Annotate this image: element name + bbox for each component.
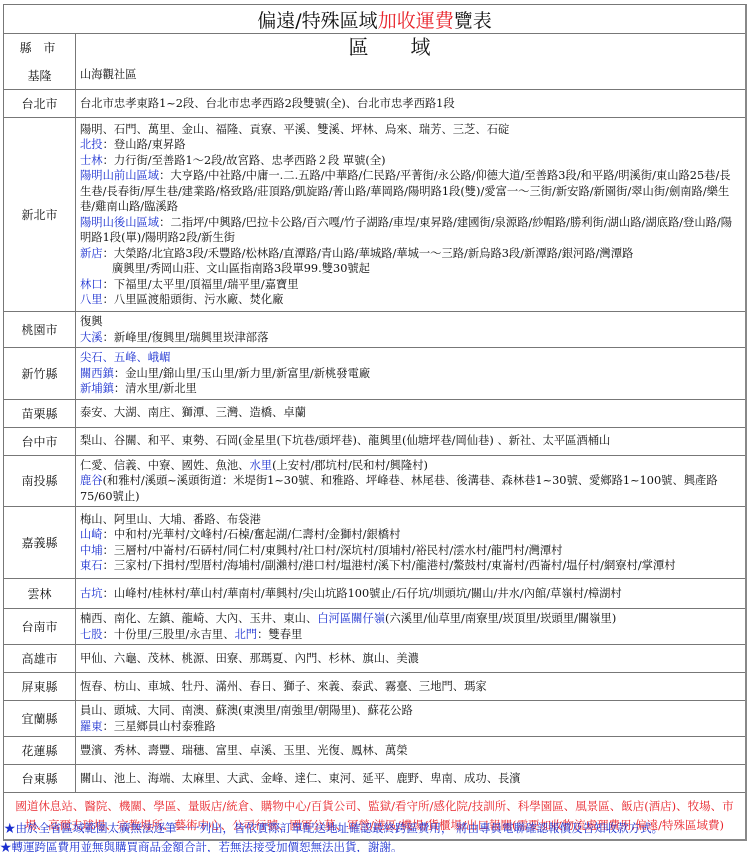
area-cell: 豐濱、秀林、壽豐、瑞穗、富里、卓溪、玉里、光復、鳳林、萬榮 xyxy=(76,737,745,764)
area-line: 仁愛、信義、中寮、國姓、魚池、水里(上安村/郡坑村/民和村/興隆村) xyxy=(80,458,741,474)
area-cell: 梅山、阿里山、大埔、番路、布袋港山崎：中和村/光華村/文峰村/石槕/奮起湖/仁壽… xyxy=(76,507,745,578)
district-text: 梅山、阿里山、大埔、番路、布袋港 xyxy=(80,513,261,526)
area-line: 陽明山前山區域：大亨路/中社路/中庸一.二.五路/中華路/仁民路/平菁街/永公路… xyxy=(80,168,741,215)
area-line: 東石：三家村/下揖村/型厝村/海埔村/副瀨村/港口村/塭港村/溪下村/龍港村/鰲… xyxy=(80,558,741,574)
city-cell: 苗栗縣 xyxy=(4,400,76,427)
area-line: 梨山、谷關、和平、東勢、石岡(金星里(下坑巷/頭坪巷)、龍興里(仙塘坪巷/岡仙巷… xyxy=(80,433,741,449)
district-label: 林口 xyxy=(80,278,103,291)
area-line: 北投：登山路/東昇路 xyxy=(80,137,741,153)
district-label: 白河區關仔嶺 xyxy=(317,612,385,625)
footnote-text: 由於全省區域範圍太廣無法逐筆一一列出，皆依實際訂單配送地址確認最終跨區費用， 將… xyxy=(16,821,664,835)
footnote-text: 轉運跨區費用並無與購買商品金額合計，若無法接受加價恕無法出貨，謝謝。 xyxy=(12,840,403,852)
area-cell: 員山、頭城、大同、南澳、蘇澳(東澳里/南強里/朝陽里)、蘇花公路羅東：三星鄉員山… xyxy=(76,701,745,736)
city-cell: 屏東縣 xyxy=(4,673,76,700)
district-text: (和雅村/溪頭~溪頭街道：米堤街1~30號、和雅路、坪峰巷、林尾巷、後溝巷、森林… xyxy=(80,474,718,503)
district-text: ：八里區渡船頭街、污水廠、焚化廠 xyxy=(103,293,284,306)
district-label: 古坑 xyxy=(80,587,103,600)
district-label: 陽明山後山區域 xyxy=(80,216,159,229)
footnote-2: ★轉運跨區費用並無與購買商品金額合計，若無法接受加價恕無法出貨，謝謝。 xyxy=(0,839,403,852)
table-row: 台南市楠西、南化、左鎮、龍崎、大內、玉井、東山、白河區關仔嶺(六溪里/仙草里/南… xyxy=(4,608,745,644)
city-cell: 雲林 xyxy=(4,579,76,608)
area-line: 豐濱、秀林、壽豐、瑞穗、富里、卓溪、玉里、光復、鳳林、萬榮 xyxy=(80,743,741,759)
title-part1: 偏遠/特殊區域 xyxy=(257,6,377,33)
area-line: 梅山、阿里山、大埔、番路、布袋港 xyxy=(80,512,741,528)
area-cell: 仁愛、信義、中寮、國姓、魚池、水里(上安村/郡坑村/民和村/興隆村)鹿谷(和雅村… xyxy=(76,456,745,507)
city-cell: 台東縣 xyxy=(4,765,76,792)
area-line: 恆春、枋山、車城、牡丹、滿州、春日、獅子、來義、泰武、霧臺、三地門、瑪家 xyxy=(80,679,741,695)
district-text: 泰安、大湖、南庄、獅潭、三灣、造橋、卓蘭 xyxy=(80,406,306,419)
district-text: ：金山里/錦山里/玉山里/新力里/新富里/新桃發電廠 xyxy=(114,367,370,380)
district-text: ：大榮路/北宜路3段/禾豐路/松林路/直潭路/青山路/華城路/華城一～三路/新烏… xyxy=(103,247,634,260)
district-text: ：山峰村/桂林村/華山村/華南村/華興村/尖山坑路100號止/石仔坑/圳頭坑/關… xyxy=(103,587,622,600)
area-line: 新店：大榮路/北宜路3段/禾豐路/松林路/直潭路/青山路/華城路/華城一～三路/… xyxy=(80,246,741,262)
city-cell: 花蓮縣 xyxy=(4,737,76,764)
area-line: 中埔：三層村/中崙村/石硦村/同仁村/東興村/社口村/深坑村/頂埔村/裕民村/澐… xyxy=(80,543,741,559)
header-row: 縣 市 區域 xyxy=(4,33,745,61)
district-label: 關西鎮 xyxy=(80,367,114,380)
district-label: 鹿谷 xyxy=(80,474,103,487)
star-icon: ★ xyxy=(0,840,12,852)
table-row: 嘉義縣梅山、阿里山、大埔、番路、布袋港山崎：中和村/光華村/文峰村/石槕/奮起湖… xyxy=(4,506,745,578)
area-line: 鹿谷(和雅村/溪頭~溪頭街道：米堤街1~30號、和雅路、坪峰巷、林尾巷、後溝巷、… xyxy=(80,473,741,504)
area-cell: 古坑：山峰村/桂林村/華山村/華南村/華興村/尖山坑路100號止/石仔坑/圳頭坑… xyxy=(76,579,745,608)
district-text: 廣興里/秀岡山莊、文山區指南路3段單99.雙30號起 xyxy=(112,262,370,275)
district-label: 山崎 xyxy=(80,528,103,541)
table-row: 宜蘭縣員山、頭城、大同、南澳、蘇澳(東澳里/南強里/朝陽里)、蘇花公路羅東：三星… xyxy=(4,700,745,736)
area-line: 甲仙、六龜、茂林、桃源、田寮、那瑪夏、內門、杉林、旗山、美濃 xyxy=(80,651,741,667)
district-label: 北投 xyxy=(80,138,103,151)
district-label: 士林 xyxy=(80,154,103,167)
district-label: 新埔鎮 xyxy=(80,382,114,395)
area-line: 尖石、五峰、峨嵋 xyxy=(80,350,741,366)
district-text: ：新峰里/復興里/瑞興里崁津部落 xyxy=(103,331,269,344)
district-label: 中埔 xyxy=(80,544,103,557)
table-row: 基隆山海觀社區 xyxy=(4,61,745,89)
area-line: 員山、頭城、大同、南澳、蘇澳(東澳里/南強里/朝陽里)、蘇花公路 xyxy=(80,703,741,719)
district-text: ：清水里/新北里 xyxy=(114,382,197,395)
area-line: 關山、池上、海端、太麻里、大武、金峰、達仁、東河、延平、鹿野、卑南、成功、長濱 xyxy=(80,771,741,787)
district-text: 仁愛、信義、中寮、國姓、魚池、 xyxy=(80,459,249,472)
city-cell: 台南市 xyxy=(4,609,76,644)
surcharge-table: 偏遠/特殊區域 加收運費 覽表 縣 市 區域 基隆山海觀社區台北市台北市忠孝東路… xyxy=(3,4,747,841)
district-text: (上安村/郡坑村/民和村/興隆村) xyxy=(272,459,428,472)
area-line: 羅東：三星鄉員山村泰雅路 xyxy=(80,719,741,735)
district-text: ：大亨路/中社路/中庸一.二.五路/中華路/仁民路/平菁街/永公路/仰德大道/至… xyxy=(80,169,731,213)
table-row: 屏東縣恆春、枋山、車城、牡丹、滿州、春日、獅子、來義、泰武、霧臺、三地門、瑪家 xyxy=(4,672,745,700)
district-text: 關山、池上、海端、太麻里、大武、金峰、達仁、東河、延平、鹿野、卑南、成功、長濱 xyxy=(80,772,521,785)
area-line: 士林：力行街/至善路1～2段/故宮路、忠孝西路２段 單號(全) xyxy=(80,153,741,169)
district-text: 恆春、枋山、車城、牡丹、滿州、春日、獅子、來義、泰武、霧臺、三地門、瑪家 xyxy=(80,680,487,693)
area-line: 山海觀社區 xyxy=(80,67,741,83)
city-cell: 嘉義縣 xyxy=(4,507,76,578)
area-line: 山崎：中和村/光華村/文峰村/石槕/奮起湖/仁壽村/金獅村/銀橋村 xyxy=(80,527,741,543)
header-city: 縣 市 xyxy=(4,34,76,61)
district-label: 東石 xyxy=(80,559,103,572)
table-row: 台北市台北市忠孝東路1~2段、台北市忠孝西路2段雙號(全)、台北市忠孝西路1段 xyxy=(4,89,745,117)
table-row: 台中市梨山、谷關、和平、東勢、石岡(金星里(下坑巷/頭坪巷)、龍興里(仙塘坪巷/… xyxy=(4,427,745,455)
area-line: 古坑：山峰村/桂林村/華山村/華南村/華興村/尖山坑路100號止/石仔坑/圳頭坑… xyxy=(80,586,741,602)
district-text: ：三層村/中崙村/石硦村/同仁村/東興村/社口村/深坑村/頂埔村/裕民村/澐水村… xyxy=(103,544,563,557)
district-text: 山海觀社區 xyxy=(80,68,137,81)
city-cell: 基隆 xyxy=(4,61,76,89)
area-line: 楠西、南化、左鎮、龍崎、大內、玉井、東山、白河區關仔嶺(六溪里/仙草里/南寮里/… xyxy=(80,611,741,627)
area-line: 台北市忠孝東路1~2段、台北市忠孝西路2段雙號(全)、台北市忠孝西路1段 xyxy=(80,96,741,112)
district-text: ：登山路/東昇路 xyxy=(103,138,186,151)
table-row: 苗栗縣泰安、大湖、南庄、獅潭、三灣、造橋、卓蘭 xyxy=(4,399,745,427)
city-cell: 新竹縣 xyxy=(4,348,76,399)
district-text: 梨山、谷關、和平、東勢、石岡(金星里(下坑巷/頭坪巷)、龍興里(仙塘坪巷/岡仙巷… xyxy=(80,434,610,447)
area-cell: 陽明、石門、萬里、金山、福隆、貢寮、平溪、雙溪、坪林、烏來、瑞芳、三芝、石碇北投… xyxy=(76,118,745,311)
table-row: 雲林古坑：山峰村/桂林村/華山村/華南村/華興村/尖山坑路100號止/石仔坑/圳… xyxy=(4,578,745,608)
district-text: ：三家村/下揖村/型厝村/海埔村/副瀨村/港口村/塭港村/溪下村/龍港村/鰲鼓村… xyxy=(103,559,676,572)
title-part3: 覽表 xyxy=(454,6,492,33)
district-text: ：下福里/太平里/頂福里/瑞平里/嘉寶里 xyxy=(103,278,299,291)
area-cell: 恆春、枋山、車城、牡丹、滿州、春日、獅子、來義、泰武、霧臺、三地門、瑪家 xyxy=(76,673,745,700)
area-line: 復興 xyxy=(80,314,741,330)
area-cell: 楠西、南化、左鎮、龍崎、大內、玉井、東山、白河區關仔嶺(六溪里/仙草里/南寮里/… xyxy=(76,609,745,644)
area-cell: 台北市忠孝東路1~2段、台北市忠孝西路2段雙號(全)、台北市忠孝西路1段 xyxy=(76,90,745,117)
city-cell: 宜蘭縣 xyxy=(4,701,76,736)
table-row: 花蓮縣豐濱、秀林、壽豐、瑞穗、富里、卓溪、玉里、光復、鳳林、萬榮 xyxy=(4,736,745,764)
district-text: 豐濱、秀林、壽豐、瑞穗、富里、卓溪、玉里、光復、鳳林、萬榮 xyxy=(80,744,408,757)
area-line: 林口：下福里/太平里/頂福里/瑞平里/嘉寶里 xyxy=(80,277,741,293)
area-cell: 泰安、大湖、南庄、獅潭、三灣、造橋、卓蘭 xyxy=(76,400,745,427)
table-row: 台東縣關山、池上、海端、太麻里、大武、金峰、達仁、東河、延平、鹿野、卑南、成功、… xyxy=(4,764,745,792)
area-cell: 尖石、五峰、峨嵋關西鎮：金山里/錦山里/玉山里/新力里/新富里/新桃發電廠新埔鎮… xyxy=(76,348,745,399)
star-icon: ★ xyxy=(4,821,16,835)
area-cell: 梨山、谷關、和平、東勢、石岡(金星里(下坑巷/頭坪巷)、龍興里(仙塘坪巷/岡仙巷… xyxy=(76,428,745,455)
city-cell: 高雄市 xyxy=(4,645,76,672)
area-line: 八里：八里區渡船頭街、污水廠、焚化廠 xyxy=(80,292,741,308)
district-text: 台北市忠孝東路1~2段、台北市忠孝西路2段雙號(全)、台北市忠孝西路1段 xyxy=(80,97,455,110)
area-line: 廣興里/秀岡山莊、文山區指南路3段單99.雙30號起 xyxy=(80,261,741,277)
district-text: ：中和村/光華村/文峰村/石槕/奮起湖/仁壽村/金獅村/銀橋村 xyxy=(103,528,401,541)
district-text: 陽明、石門、萬里、金山、福隆、貢寮、平溪、雙溪、坪林、烏來、瑞芳、三芝、石碇 xyxy=(80,123,509,136)
table-row: 南投縣仁愛、信義、中寮、國姓、魚池、水里(上安村/郡坑村/民和村/興隆村)鹿谷(… xyxy=(4,455,745,507)
district-label: 尖石、五峰、峨嵋 xyxy=(80,351,170,364)
footnote-1: ★由於全省區域範圍太廣無法逐筆一一列出，皆依實際訂單配送地址確認最終跨區費用， … xyxy=(4,820,663,836)
district-label: 北門 xyxy=(235,628,258,641)
area-cell: 甲仙、六龜、茂林、桃源、田寮、那瑪夏、內門、杉林、旗山、美濃 xyxy=(76,645,745,672)
area-line: 陽明山後山區域：二指坪/中興路/巴拉卡公路/百六嘎/竹子湖路/車埕/東昇路/建國… xyxy=(80,215,741,246)
city-cell: 新北市 xyxy=(4,118,76,311)
district-text: ：二指坪/中興路/巴拉卡公路/百六嘎/竹子湖路/車埕/東昇路/建國街/泉源路/紗… xyxy=(80,216,732,245)
area-line: 大溪：新峰里/復興里/瑞興里崁津部落 xyxy=(80,330,741,346)
district-label: 七股 xyxy=(80,628,103,641)
area-line: 陽明、石門、萬里、金山、福隆、貢寮、平溪、雙溪、坪林、烏來、瑞芳、三芝、石碇 xyxy=(80,122,741,138)
district-text: ：三星鄉員山村泰雅路 xyxy=(103,720,216,733)
area-line: 新埔鎮：清水里/新北里 xyxy=(80,381,741,397)
district-label: 陽明山前山區域 xyxy=(80,169,159,182)
district-label: 新店 xyxy=(80,247,103,260)
district-label: 八里 xyxy=(80,293,103,306)
district-text: ：力行街/至善路1～2段/故宮路、忠孝西路２段 單號(全) xyxy=(103,154,386,167)
district-text: 甲仙、六龜、茂林、桃源、田寮、那瑪夏、內門、杉林、旗山、美濃 xyxy=(80,652,419,665)
district-text: 員山、頭城、大同、南澳、蘇澳(東澳里/南強里/朝陽里)、蘇花公路 xyxy=(80,704,413,717)
area-line: 泰安、大湖、南庄、獅潭、三灣、造橋、卓蘭 xyxy=(80,405,741,421)
district-text: 復興 xyxy=(80,315,103,328)
area-line: 關西鎮：金山里/錦山里/玉山里/新力里/新富里/新桃發電廠 xyxy=(80,366,741,382)
city-cell: 台中市 xyxy=(4,428,76,455)
district-label: 水里 xyxy=(249,459,272,472)
table-row: 新竹縣尖石、五峰、峨嵋關西鎮：金山里/錦山里/玉山里/新力里/新富里/新桃發電廠… xyxy=(4,347,745,399)
district-text: ：雙春里 xyxy=(257,628,302,641)
table-row: 桃園市復興大溪：新峰里/復興里/瑞興里崁津部落 xyxy=(4,311,745,347)
table-row: 新北市陽明、石門、萬里、金山、福隆、貢寮、平溪、雙溪、坪林、烏來、瑞芳、三芝、石… xyxy=(4,117,745,311)
area-cell: 關山、池上、海端、太麻里、大武、金峰、達仁、東河、延平、鹿野、卑南、成功、長濱 xyxy=(76,765,745,792)
district-label: 大溪 xyxy=(80,331,103,344)
district-text: ：十份里/三股里/永吉里、 xyxy=(103,628,235,641)
area-cell: 復興大溪：新峰里/復興里/瑞興里崁津部落 xyxy=(76,312,745,347)
area-cell: 山海觀社區 xyxy=(76,61,745,89)
table-title: 偏遠/特殊區域 加收運費 覽表 xyxy=(4,5,745,33)
title-highlight: 加收運費 xyxy=(378,6,454,33)
table-row: 高雄市甲仙、六龜、茂林、桃源、田寮、那瑪夏、內門、杉林、旗山、美濃 xyxy=(4,644,745,672)
city-cell: 桃園市 xyxy=(4,312,76,347)
area-line: 七股：十份里/三股里/永吉里、北門：雙春里 xyxy=(80,627,741,643)
header-area: 區域 xyxy=(76,34,745,61)
district-label: 羅東 xyxy=(80,720,103,733)
city-cell: 南投縣 xyxy=(4,456,76,507)
district-text: (六溪里/仙草里/南寮里/崁頂里/崁頭里/關嶺里) xyxy=(385,612,616,625)
district-text: 楠西、南化、左鎮、龍崎、大內、玉井、東山、 xyxy=(80,612,317,625)
city-cell: 台北市 xyxy=(4,90,76,117)
